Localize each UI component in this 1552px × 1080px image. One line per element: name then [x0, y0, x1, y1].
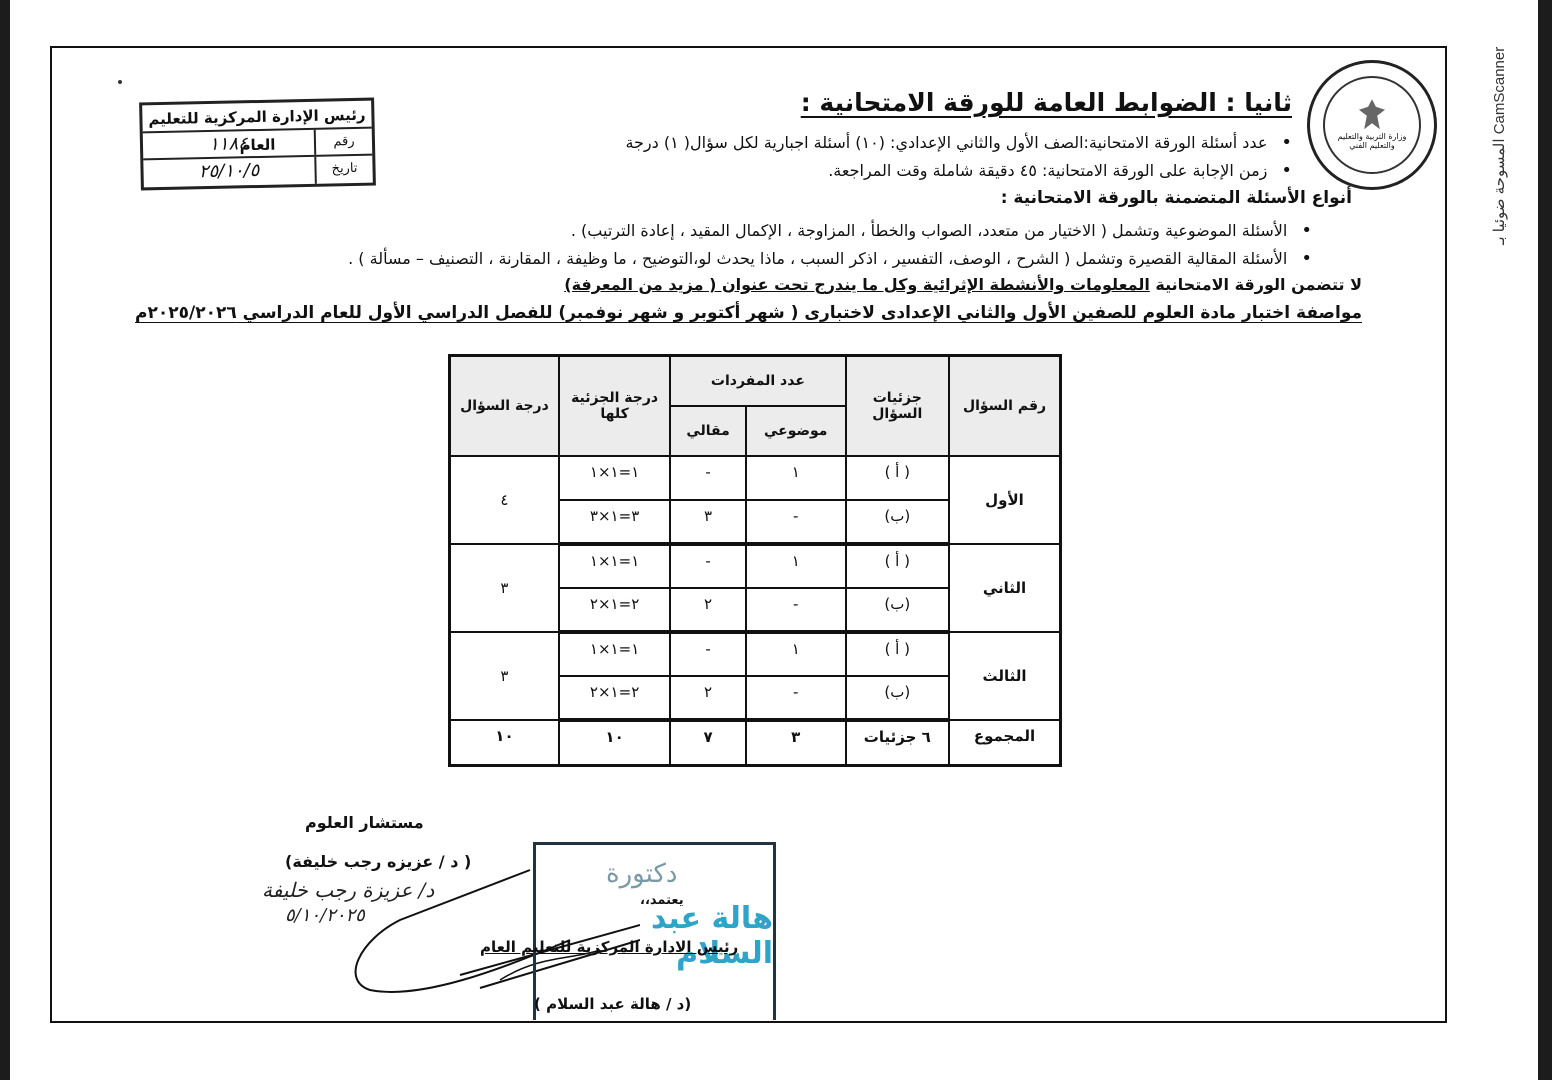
objective-questions-rule: الأسئلة الموضوعية وتشمل ( الاختيار من مت…: [571, 220, 1312, 241]
scan-speck: [118, 80, 122, 84]
part-label: (ب): [846, 500, 949, 544]
ministry-emblem-icon: وزارة التربية والتعليم والتعليم الفني: [1307, 60, 1437, 190]
emblem-inner: وزارة التربية والتعليم والتعليم الفني: [1323, 76, 1421, 174]
objective-count: -: [746, 676, 846, 720]
essay-count: ٢: [670, 676, 746, 720]
total-parts: ٦ جزئيات: [846, 720, 949, 766]
part-grade: ١=١×١: [559, 632, 670, 676]
approval-label: يعتمد،،: [640, 893, 684, 908]
header-objective: موضوعي: [746, 406, 846, 456]
part-grade: ٢=١×٢: [559, 588, 670, 632]
part-label: (ب): [846, 676, 949, 720]
director-role: رئيس الادارة المركزية للتعليم العام: [480, 938, 738, 956]
section-title: ثانيا : الضوابط العامة للورقة الامتحانية…: [801, 88, 1292, 117]
stamp-doctor-name: هالة عبد السلام: [556, 901, 773, 971]
header-part-grade: درجة الجزئية كلها: [559, 356, 670, 456]
objective-count: ١: [746, 456, 846, 500]
scan-edge-right: [1538, 0, 1552, 1080]
question-grade: ٣: [450, 632, 559, 720]
total-question-grade: ١٠: [450, 720, 559, 766]
question-name: الأول: [949, 456, 1060, 544]
essay-count: ٣: [670, 500, 746, 544]
rule-answer-time: زمن الإجابة على الورقة الامتحانية: ٤٥ دق…: [828, 160, 1292, 181]
header-parts: جزئيات السؤال: [846, 356, 949, 456]
registration-stamp: رئيس الإدارة المركزية للتعليم العام رقم …: [139, 98, 376, 191]
part-grade: ٣=١×٣: [559, 500, 670, 544]
question-name: الثالث: [949, 632, 1060, 720]
director-name: (د / هالة عبد السلام ): [534, 995, 691, 1013]
objective-count: -: [746, 500, 846, 544]
header-question-no: رقم السؤال: [949, 356, 1060, 456]
exclusion-prefix: لا تتضمن الورقة الامتحانية: [1150, 275, 1362, 294]
objective-count: -: [746, 588, 846, 632]
exclusion-note: لا تتضمن الورقة الامتحانية المعلومات وال…: [564, 275, 1362, 294]
stamp-date-label: تاريخ: [314, 156, 373, 184]
essay-count: ٢: [670, 588, 746, 632]
advisor-title: مستشار العلوم: [305, 813, 424, 832]
header-question-grade: درجة السؤال: [450, 356, 559, 456]
stamp-date-value: ٢٥/١٠/٥: [143, 157, 315, 188]
header-essay: مقالي: [670, 406, 746, 456]
header-items-count: عدد المفردات: [670, 356, 845, 406]
scan-edge-left: [0, 0, 10, 1080]
part-grade: ١=١×١: [559, 456, 670, 500]
total-objective: ٣: [746, 720, 846, 766]
question-grade: ٤: [450, 456, 559, 544]
total-essay: ٧: [670, 720, 746, 766]
table-total-row: المجموع ٦ جزئيات ٣ ٧ ١٠ ١٠: [450, 720, 1061, 766]
total-part-grade: ١٠: [559, 720, 670, 766]
spec-title: مواصفة اختبار مادة العلوم للصفين الأول و…: [135, 303, 1362, 323]
part-grade: ٢=١×٢: [559, 676, 670, 720]
emblem-inner-text: وزارة التربية والتعليم والتعليم الفني: [1325, 133, 1419, 151]
stamp-number-label: رقم: [314, 129, 373, 155]
camscanner-watermark: المسوحة ضوئيا بـ CamScanner: [1490, 5, 1512, 245]
part-label: ( أ ): [846, 544, 949, 588]
table-row: الثالث ( أ ) ١ - ١=١×١ ٣: [450, 632, 1061, 676]
table-row: الثاني ( أ ) ١ - ١=١×١ ٣: [450, 544, 1061, 588]
part-label: (ب): [846, 588, 949, 632]
question-types-title: أنواع الأسئلة المتضمنة بالورقة الامتحاني…: [1001, 188, 1352, 208]
approval-stamp: دكتورة هالة عبد السلام: [533, 842, 776, 1020]
stamp-doctor-title: دكتورة: [606, 859, 677, 889]
question-grade: ٣: [450, 544, 559, 632]
stamp-number-value: ١١٨٤: [143, 130, 314, 159]
stamp-date-row: تاريخ ٢٥/١٠/٥: [143, 156, 373, 188]
exam-spec-table: رقم السؤال جزئيات السؤال عدد المفردات در…: [448, 354, 1062, 767]
part-grade: ١=١×١: [559, 544, 670, 588]
exclusion-underlined: المعلومات والأنشطة الإثرائية وكل ما يندر…: [564, 275, 1150, 294]
essay-count: -: [670, 632, 746, 676]
objective-count: ١: [746, 632, 846, 676]
essay-questions-rule: الأسئلة المقالية القصيرة وتشمل ( الشرح ،…: [348, 248, 1312, 269]
part-label: ( أ ): [846, 456, 949, 500]
eagle-icon: [1359, 99, 1385, 129]
rule-question-count: عدد أسئلة الورقة الامتحانية:الصف الأول و…: [625, 132, 1292, 153]
total-label: المجموع: [949, 720, 1060, 766]
table-row: الأول ( أ ) ١ - ١=١×١ ٤: [450, 456, 1061, 500]
essay-count: -: [670, 544, 746, 588]
table-header-row: رقم السؤال جزئيات السؤال عدد المفردات در…: [450, 356, 1061, 406]
question-name: الثاني: [949, 544, 1060, 632]
part-label: ( أ ): [846, 632, 949, 676]
essay-count: -: [670, 456, 746, 500]
objective-count: ١: [746, 544, 846, 588]
